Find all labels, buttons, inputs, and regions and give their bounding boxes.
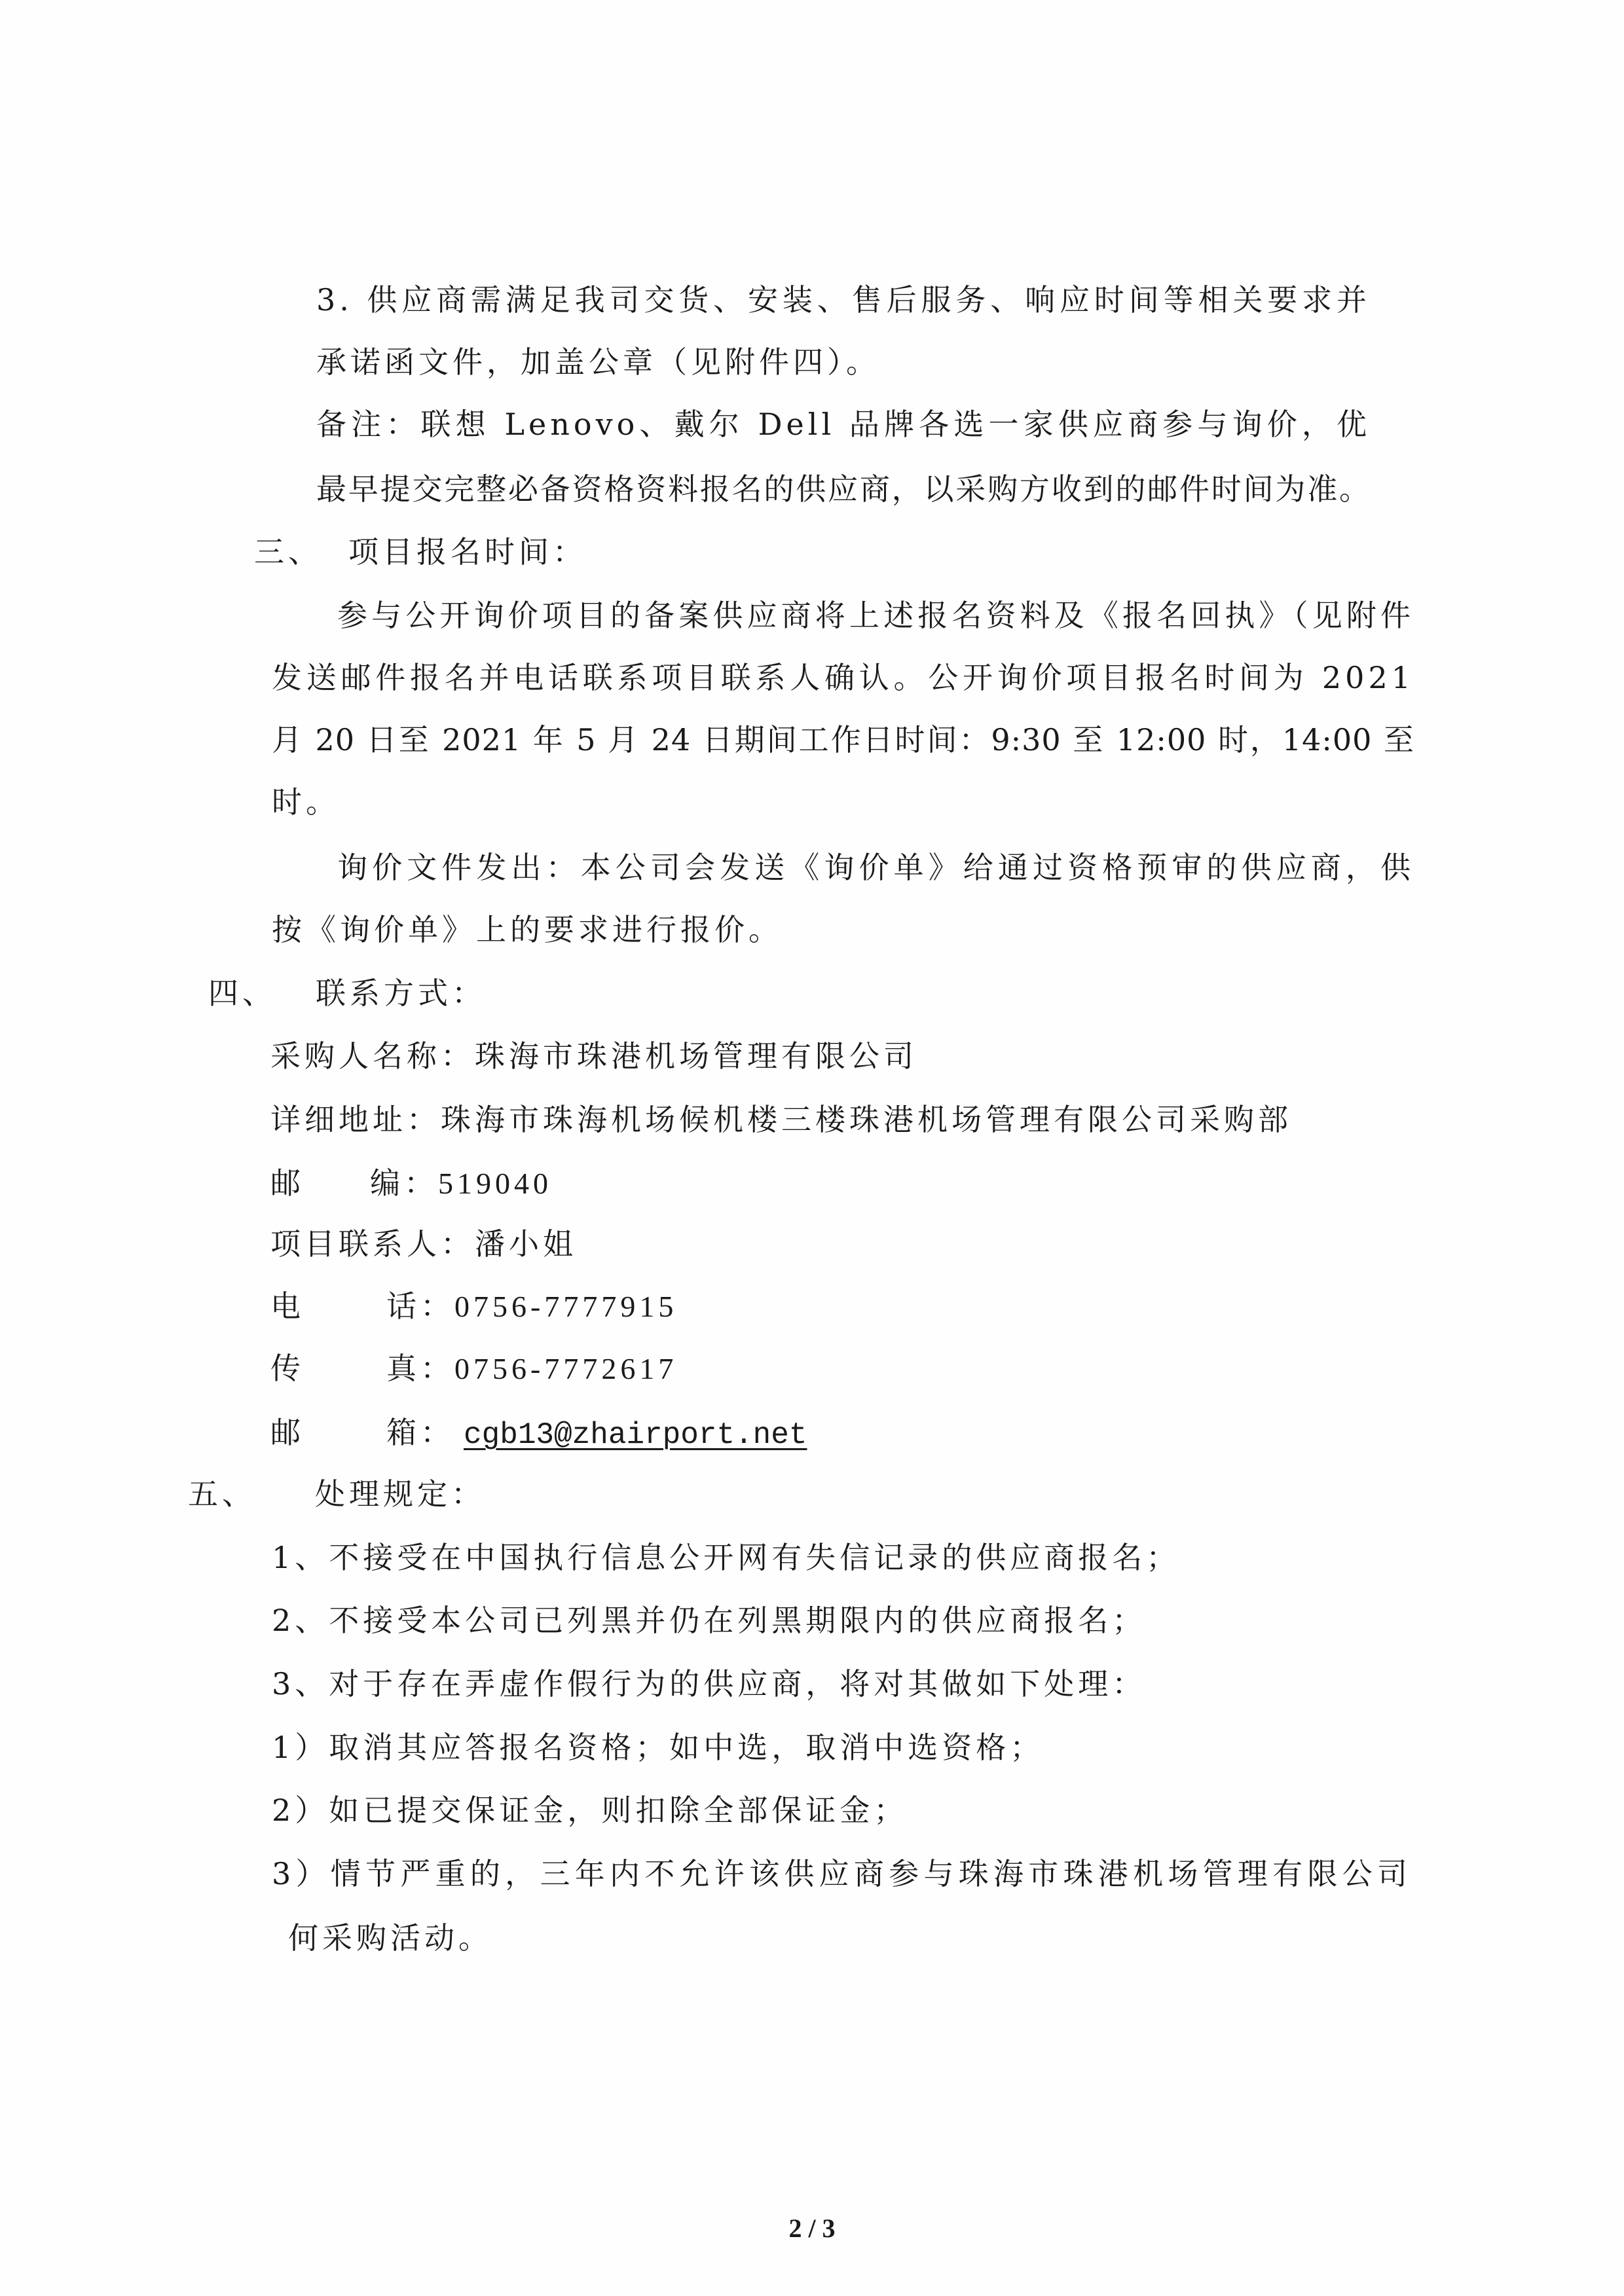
phone-label-b: 话： — [386, 1288, 454, 1324]
sub-rule-2: 2）如已提交保证金，则扣除全部保证金； — [272, 1791, 908, 1830]
phone-value: 0756-7777915 — [454, 1290, 677, 1323]
section3-number: 三、 — [254, 534, 322, 570]
rule-3: 3、对于存在弄虚作假行为的供应商，将对其做如下处理： — [272, 1664, 1146, 1704]
section3-para1-line4: 时。 — [272, 782, 340, 822]
section3-para1-line1: 参与公开询价项目的备案供应商将上述报名资料及《报名回执》（见附件五） — [337, 596, 1414, 635]
rule-1: 1、不接受在中国执行信息公开网有失信记录的供应商报名； — [272, 1538, 1180, 1577]
item3-line2: 承诺函文件，加盖公章（见附件四）。 — [316, 342, 880, 382]
postcode-label-a: 邮 — [270, 1165, 304, 1201]
section3-heading: 三、项目报名时间： — [254, 532, 587, 572]
fax-label-a: 传 — [270, 1351, 304, 1386]
note-line1: 备注：联想 Lenovo、戴尔 Dell 品牌各选一家供应商参与询价，优先选择 — [316, 405, 1371, 444]
contact-value: 潘小姐 — [475, 1226, 577, 1262]
purchaser-value: 珠海市珠港机场管理有限公司 — [475, 1038, 917, 1074]
email-label-b: 箱： — [386, 1415, 454, 1450]
section3-para1-line2: 发送邮件报名并电话联系项目联系人确认。公开询价项目报名时间为 2021 年 5 — [272, 658, 1414, 697]
document-page: 3. 供应商需满足我司交货、安装、售后服务、响应时间等相关要求并提供 承诺函文件… — [0, 0, 1624, 2296]
item3-line1: 3. 供应商需满足我司交货、安装、售后服务、响应时间等相关要求并提供 — [316, 280, 1371, 319]
sub-rule-1: 1）取消其应答报名资格；如中选，取消中选资格； — [272, 1728, 1044, 1767]
section3-para1-line3: 月 20 日至 2021 年 5 月 24 日期间工作日时间：9:30 至 12… — [272, 720, 1414, 759]
page-number: 2 / 3 — [720, 2213, 904, 2244]
section4-heading: 四、联系方式： — [208, 974, 486, 1013]
sub-rule-3-line1: 3）情节严重的，三年内不允许该供应商参与珠海市珠港机场管理有限公司的任 — [272, 1854, 1411, 1893]
fax-label-b: 真： — [386, 1351, 454, 1386]
postcode-label-b: 编： — [370, 1165, 438, 1201]
sub-rule-3-line2: 何采购活动。 — [288, 1918, 492, 1958]
note-line2: 最早提交完整必备资格资料报名的供应商，以采购方收到的邮件时间为准。 — [316, 469, 1371, 509]
postcode-value: 519040 — [438, 1167, 552, 1200]
postcode-row: 邮编：519040 — [270, 1163, 552, 1203]
purchaser-row: 采购人名称：珠海市珠港机场管理有限公司 — [270, 1036, 917, 1076]
address-row: 详细地址：珠海市珠海机场候机楼三楼珠港机场管理有限公司采购部 — [270, 1100, 1292, 1139]
rule-2: 2、不接受本公司已列黑并仍在列黑期限内的供应商报名； — [272, 1601, 1146, 1640]
phone-label-a: 电 — [270, 1288, 304, 1324]
section5-title: 处理规定： — [315, 1476, 485, 1512]
section4-number: 四、 — [208, 975, 276, 1011]
fax-row: 传真：0756-7772617 — [270, 1349, 677, 1389]
section3-para2-line2: 按《询价单》上的要求进行报价。 — [272, 910, 783, 949]
section5-heading: 五、处理规定： — [188, 1474, 485, 1514]
section3-para2-line1: 询价文件发出：本公司会发送《询价单》给通过资格预审的供应商，供应商 — [337, 848, 1414, 887]
address-label: 详细地址： — [270, 1102, 441, 1137]
address-value: 珠海市珠海机场候机楼三楼珠港机场管理有限公司采购部 — [441, 1102, 1292, 1137]
purchaser-label: 采购人名称： — [270, 1038, 475, 1074]
section3-title: 项目报名时间： — [348, 534, 587, 570]
section4-title: 联系方式： — [316, 975, 486, 1011]
email-label-a: 邮 — [270, 1415, 304, 1450]
contact-label: 项目联系人： — [270, 1226, 475, 1262]
section5-number: 五、 — [188, 1476, 256, 1512]
email-link[interactable]: cgb13@zhairport.net — [464, 1418, 807, 1452]
phone-row: 电话：0756-7777915 — [270, 1286, 677, 1326]
fax-value: 0756-7772617 — [454, 1352, 677, 1385]
email-row: 邮箱：cgb13@zhairport.net — [270, 1413, 807, 1455]
contact-row: 项目联系人：潘小姐 — [270, 1224, 577, 1264]
